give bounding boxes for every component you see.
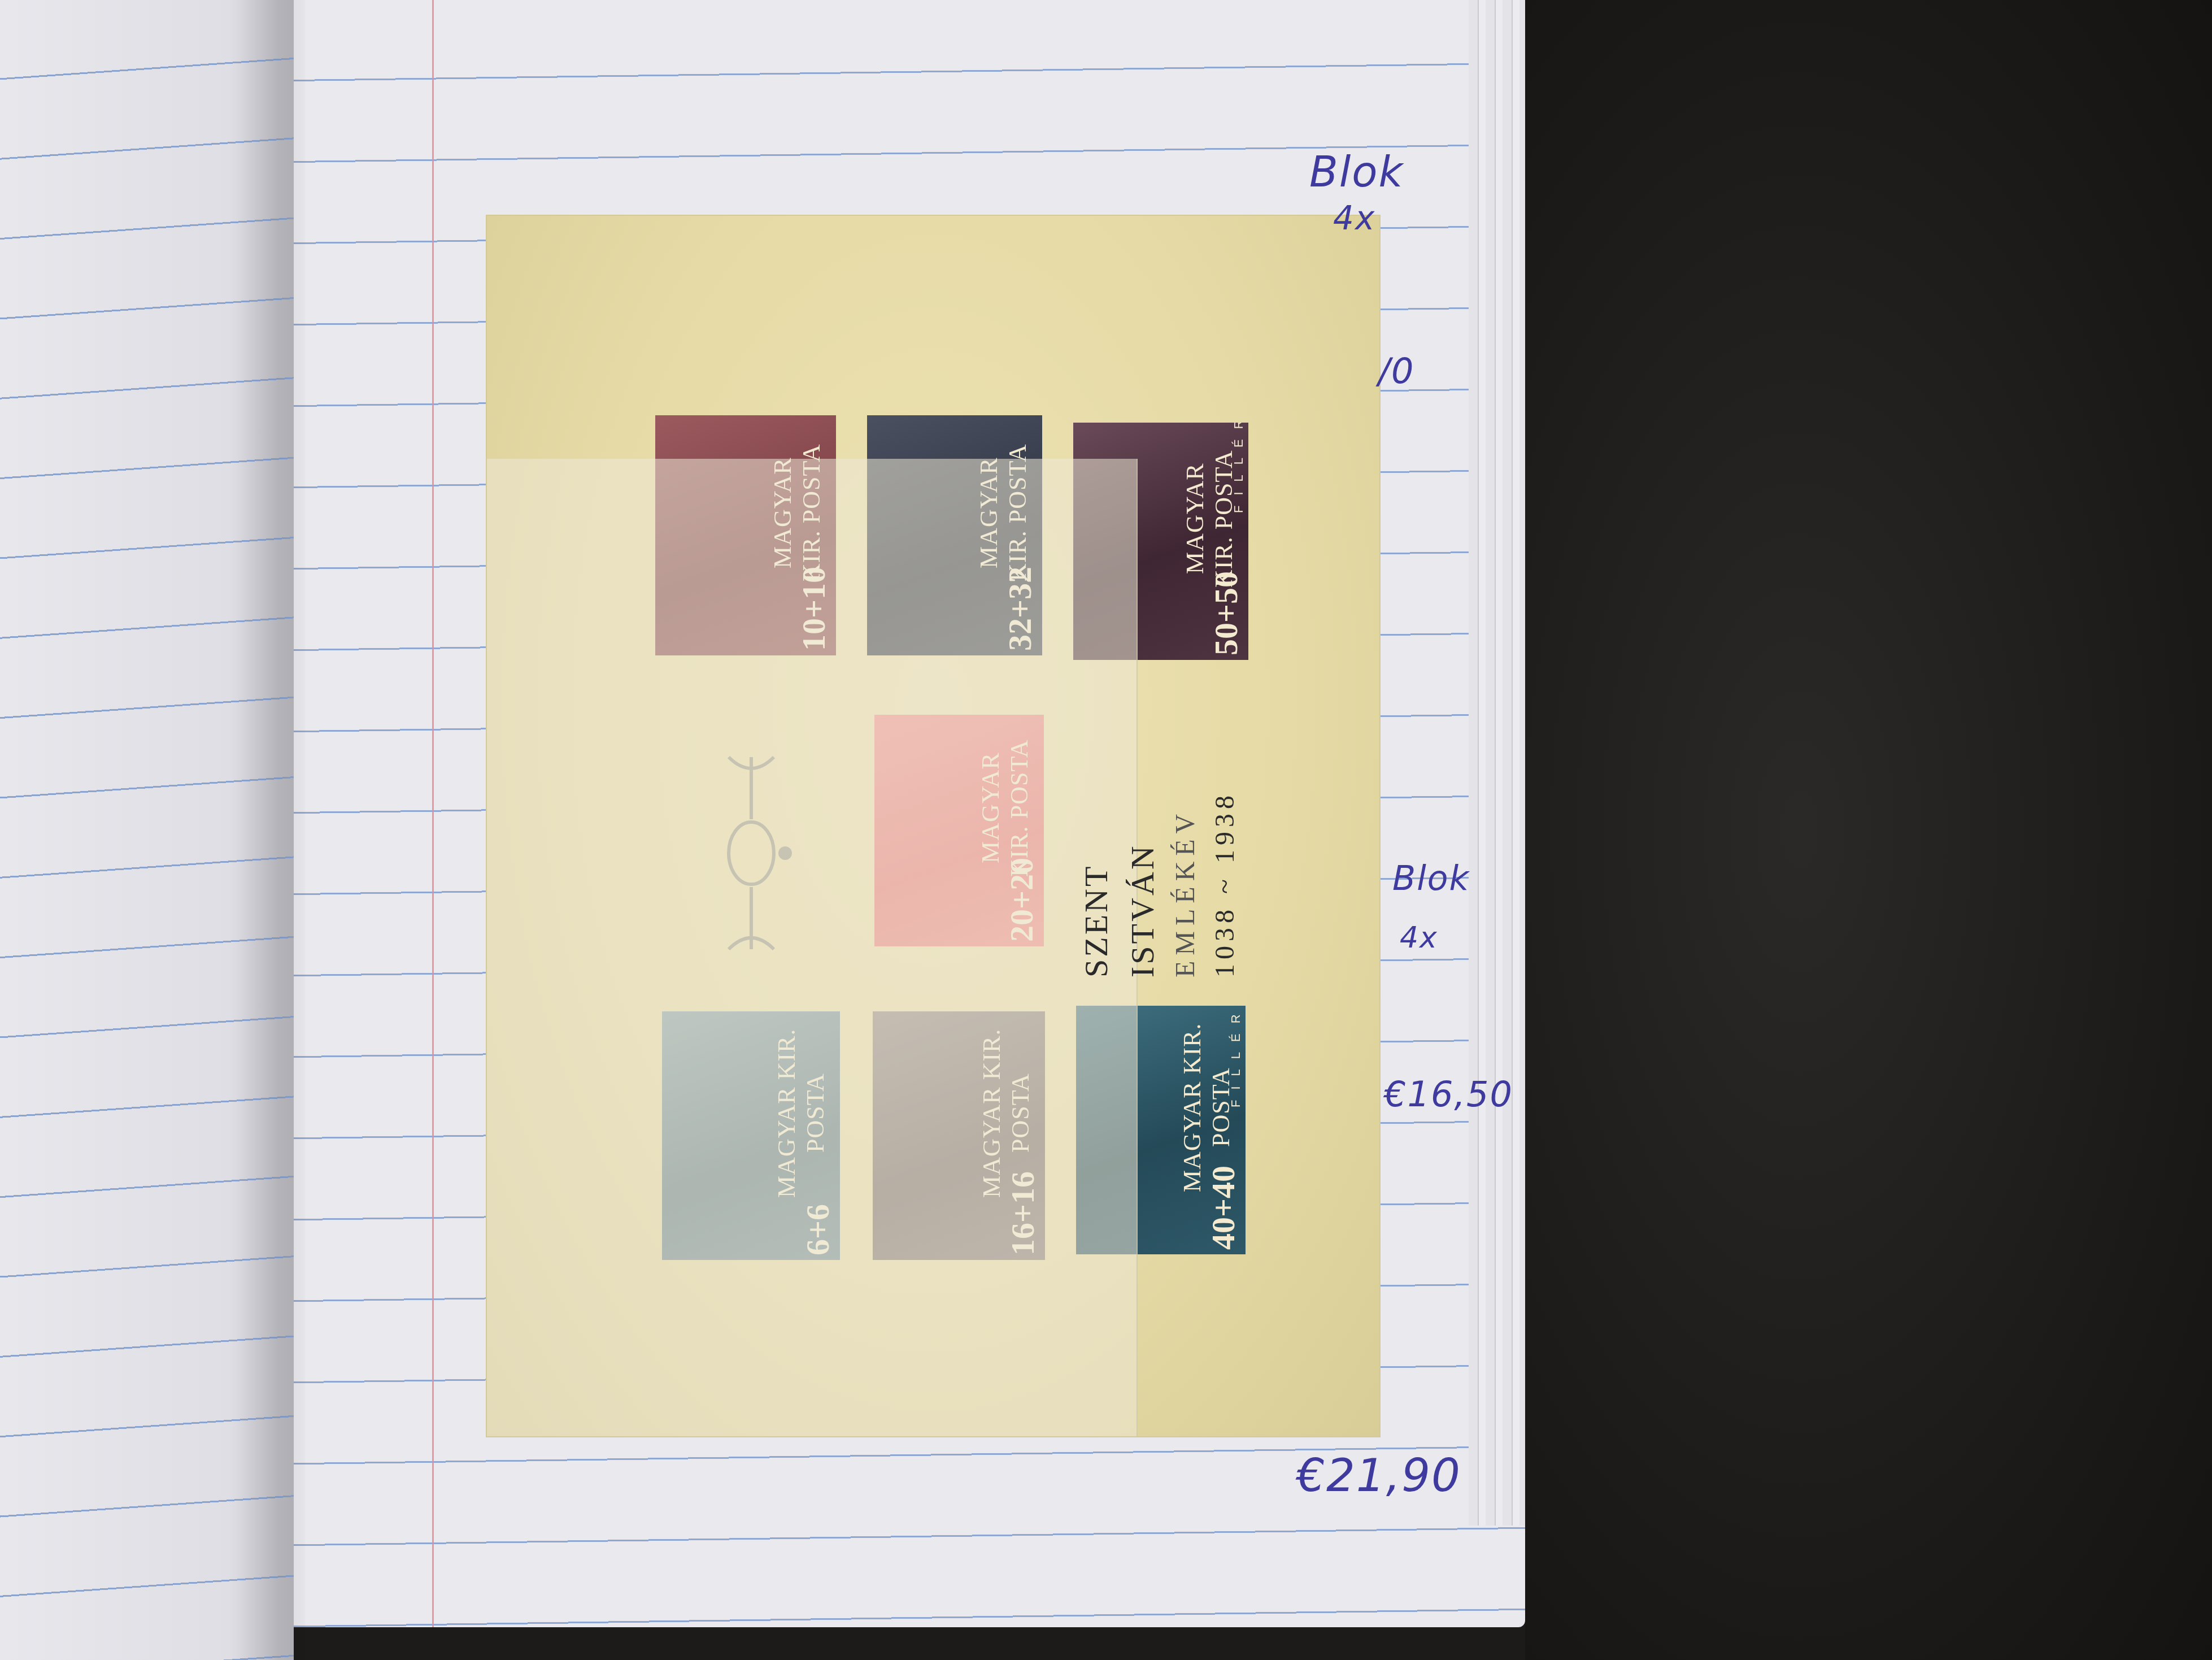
dark-background bbox=[1525, 0, 2212, 1660]
stamp-currency: FILLÉR bbox=[1231, 490, 1246, 513]
note-mid-price: €16,50 bbox=[1384, 1074, 1513, 1115]
margin-line bbox=[432, 0, 434, 1627]
note-top-label: Blok bbox=[1309, 148, 1404, 197]
glassine-strip bbox=[487, 459, 1138, 1436]
note-top-qty: 4x bbox=[1333, 199, 1375, 237]
page-edges bbox=[1469, 0, 1525, 1526]
title-line-3: 1038 ~ 1938 bbox=[1205, 740, 1245, 977]
note-bottom-price: €21,90 bbox=[1296, 1449, 1461, 1502]
stamp-currency: FILLÉR bbox=[1229, 1074, 1243, 1107]
title-line-2: EMLÉKÉV bbox=[1166, 740, 1205, 977]
spine-shadow bbox=[237, 0, 305, 1660]
note-mid-qty: 4x bbox=[1400, 921, 1438, 955]
title-line-1: SZENT ISTVÁN bbox=[1073, 740, 1166, 977]
note-partial-price: /0 bbox=[1378, 350, 1414, 392]
sheet-title: SZENT ISTVÁN EMLÉKÉV 1038 ~ 1938 bbox=[1073, 740, 1243, 977]
stamp-value: 50+50 bbox=[1207, 571, 1245, 655]
stamp-value: 40+40 bbox=[1204, 1166, 1242, 1250]
note-mid-label: Blok bbox=[1392, 859, 1470, 898]
